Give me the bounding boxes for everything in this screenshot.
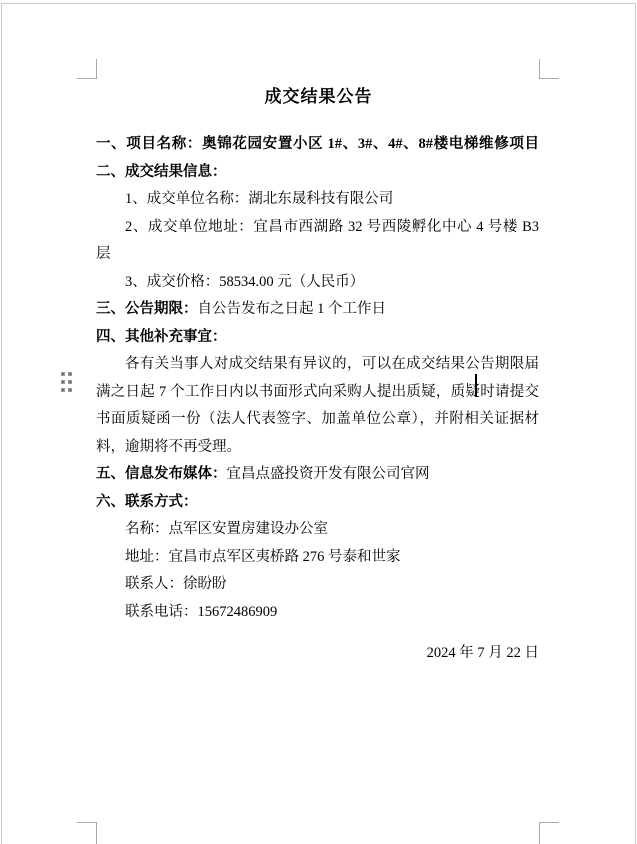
drag-handle-dot xyxy=(68,388,72,392)
line-contact-name: 名称：点军区安置房建设办公室 xyxy=(96,516,539,544)
text-boundary-mark-top-left xyxy=(77,59,97,79)
line-price: 3、成交价格：58534.00 元（人民币） xyxy=(96,269,539,297)
line-winner-address-cont: 层 xyxy=(96,241,539,269)
line-contact-phone: 联系电话：15672486909 xyxy=(96,599,539,627)
line-publish-media: 五、信息发布媒体：宜昌点盛投资开发有限公司官网 xyxy=(96,461,539,489)
text-boundary-mark-top-right xyxy=(539,59,559,79)
page-title: 成交结果公告 xyxy=(0,85,637,109)
line-supplement-heading: 四、其他补充事宜： xyxy=(96,324,539,352)
text-boundary-mark-bottom-right xyxy=(539,822,559,844)
drag-handle-icon[interactable] xyxy=(61,372,72,392)
line-announcement-period: 三、公告期限：自公告发布之日起 1 个工作日 xyxy=(96,296,539,324)
line-contact-heading: 六、联系方式： xyxy=(96,489,539,517)
blank-space xyxy=(96,626,539,640)
line-winner-address: 2、成交单位地址：宜昌市西湖路 32 号西陵孵化中心 4 号楼 B3 xyxy=(96,214,539,242)
drag-handle-dot xyxy=(68,372,72,376)
drag-handle-dot xyxy=(61,372,65,376)
line-contact-address: 地址：宜昌市点军区夷桥路 276 号泰和世家 xyxy=(96,544,539,572)
document-date: 2024 年 7 月 22 日 xyxy=(96,640,539,668)
document-page: { "document": { "title": "成交结果公告", "line… xyxy=(0,0,637,844)
line-para-1: 各有关当事人对成交结果有异议的，可以在成交结果公告期限届 xyxy=(96,351,539,379)
line-contact-person: 联系人：徐盼盼 xyxy=(96,571,539,599)
drag-handle-dot xyxy=(68,380,72,384)
line-result-info-heading: 二、成交结果信息： xyxy=(96,159,539,187)
line-project-name: 一、项目名称：奥锦花园安置小区 1#、3#、4#、8#楼电梯维修项目 xyxy=(96,131,539,159)
line-winner-name: 1、成交单位名称：湖北东晟科技有限公司 xyxy=(96,186,539,214)
line-para-3: 书面质疑函一份（法人代表签字、加盖单位公章），并附相关证据材 xyxy=(96,406,539,434)
document-body[interactable]: 一、项目名称：奥锦花园安置小区 1#、3#、4#、8#楼电梯维修项目 二、成交结… xyxy=(96,131,539,668)
drag-handle-dot xyxy=(61,388,65,392)
text-boundary-mark-bottom-left xyxy=(77,822,97,844)
line-para-4: 料，逾期将不再受理。 xyxy=(96,434,539,462)
drag-handle-dot xyxy=(61,380,65,384)
line-para-2: 满之日起 7 个工作日内以书面形式向采购人提出质疑，质疑时请提交 xyxy=(96,379,539,407)
